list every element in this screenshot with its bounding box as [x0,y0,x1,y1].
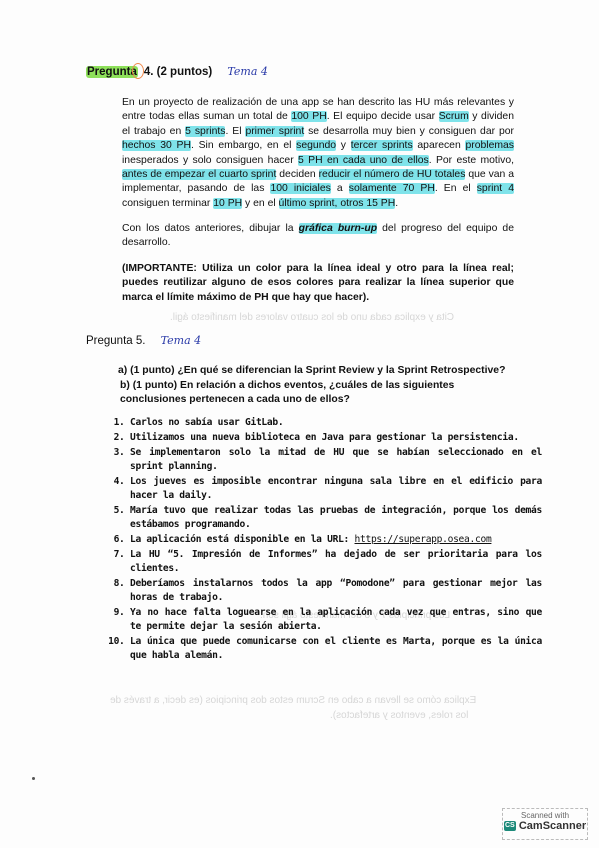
highlighted-text: primer sprint [245,126,304,137]
list-item: Deberíamos instalarnos todos la app “Pom… [130,577,542,605]
question-4-label: Pregunta [86,66,138,78]
highlighted-text: 100 iniciales [270,183,330,194]
highlighted-text: hechos 30 PH [122,140,191,151]
highlighted-text: 5 sprints [185,126,225,137]
highlighted-text: solamente 70 PH [349,183,435,194]
list-item: Carlos no sabía usar GitLab. [130,416,542,430]
list-item: Utilizamos una nueva biblioteca en Java … [130,431,542,445]
highlighted-text: segundo [296,140,336,151]
list-item: La aplicación está disponible en la URL:… [130,533,542,547]
bleed-through-text: los roles, eventos y artefactos). [330,710,468,721]
handwritten-note: Tema 4 [161,334,201,347]
highlighted-text: problemas [465,140,514,151]
highlighted-text: 5 PH en cada uno de ellos [298,155,429,166]
question-5a: a) (1 punto) ¿En qué se diferencian la S… [118,364,518,378]
bleed-through-text: Cita y explica cada uno de los cuatro va… [170,312,454,323]
url-link[interactable]: https://superapp.osea.com [355,534,492,545]
list-item: María tuvo que realizar todas las prueba… [130,504,542,532]
highlighted-text: antes de empezar el cuarto sprint [122,169,276,180]
circle-annotation-icon [132,63,144,79]
conclusions-list: Carlos no sabía usar GitLab. Utilizamos … [104,416,542,664]
question-4-important-note: (IMPORTANTE: Utiliza un color para la lí… [122,262,514,305]
highlighted-text: 10 PH [213,198,242,209]
list-item: La HU “5. Impresión de Informes” ha deja… [130,548,542,576]
list-item: La única que puede comunicarse con el cl… [130,635,542,663]
camscanner-watermark: Scanned with CSCamScanner [502,808,588,840]
highlighted-text: gráfica burn-up [299,223,377,234]
highlighted-text: Scrum [439,111,469,122]
question-4-heading: Pregunta4. (2 puntos) Tema 4 [86,64,268,80]
handwritten-note: Tema 4 [227,65,267,78]
list-item: Ya no hace falta loguearse en la aplicac… [130,606,542,634]
highlighted-text: 100 PH [291,111,326,122]
camscanner-logo-icon: CS [504,821,516,831]
highlighted-text: tercer sprints [351,140,413,151]
highlighted-text: último sprint, otros 15 PH [279,198,396,209]
scan-speck [32,777,35,780]
bleed-through-text: Explica cómo se llevan a cabo en Scrum e… [110,695,476,706]
list-item: Se implementaron solo la mitad de HU que… [130,446,542,474]
highlighted-text: sprint 4 [477,183,514,194]
question-5-heading: Pregunta 5. Tema 4 [86,334,201,347]
question-5b: b) (1 punto) En relación a dichos evento… [120,379,520,408]
question-4-task: Con los datos anteriores, dibujar la grá… [122,222,514,251]
highlighted-text: reducir el número de HU totales [319,169,466,180]
list-item: Los jueves es imposible encontrar ningun… [130,475,542,503]
question-4-statement: En un proyecto de realización de una app… [122,96,514,211]
